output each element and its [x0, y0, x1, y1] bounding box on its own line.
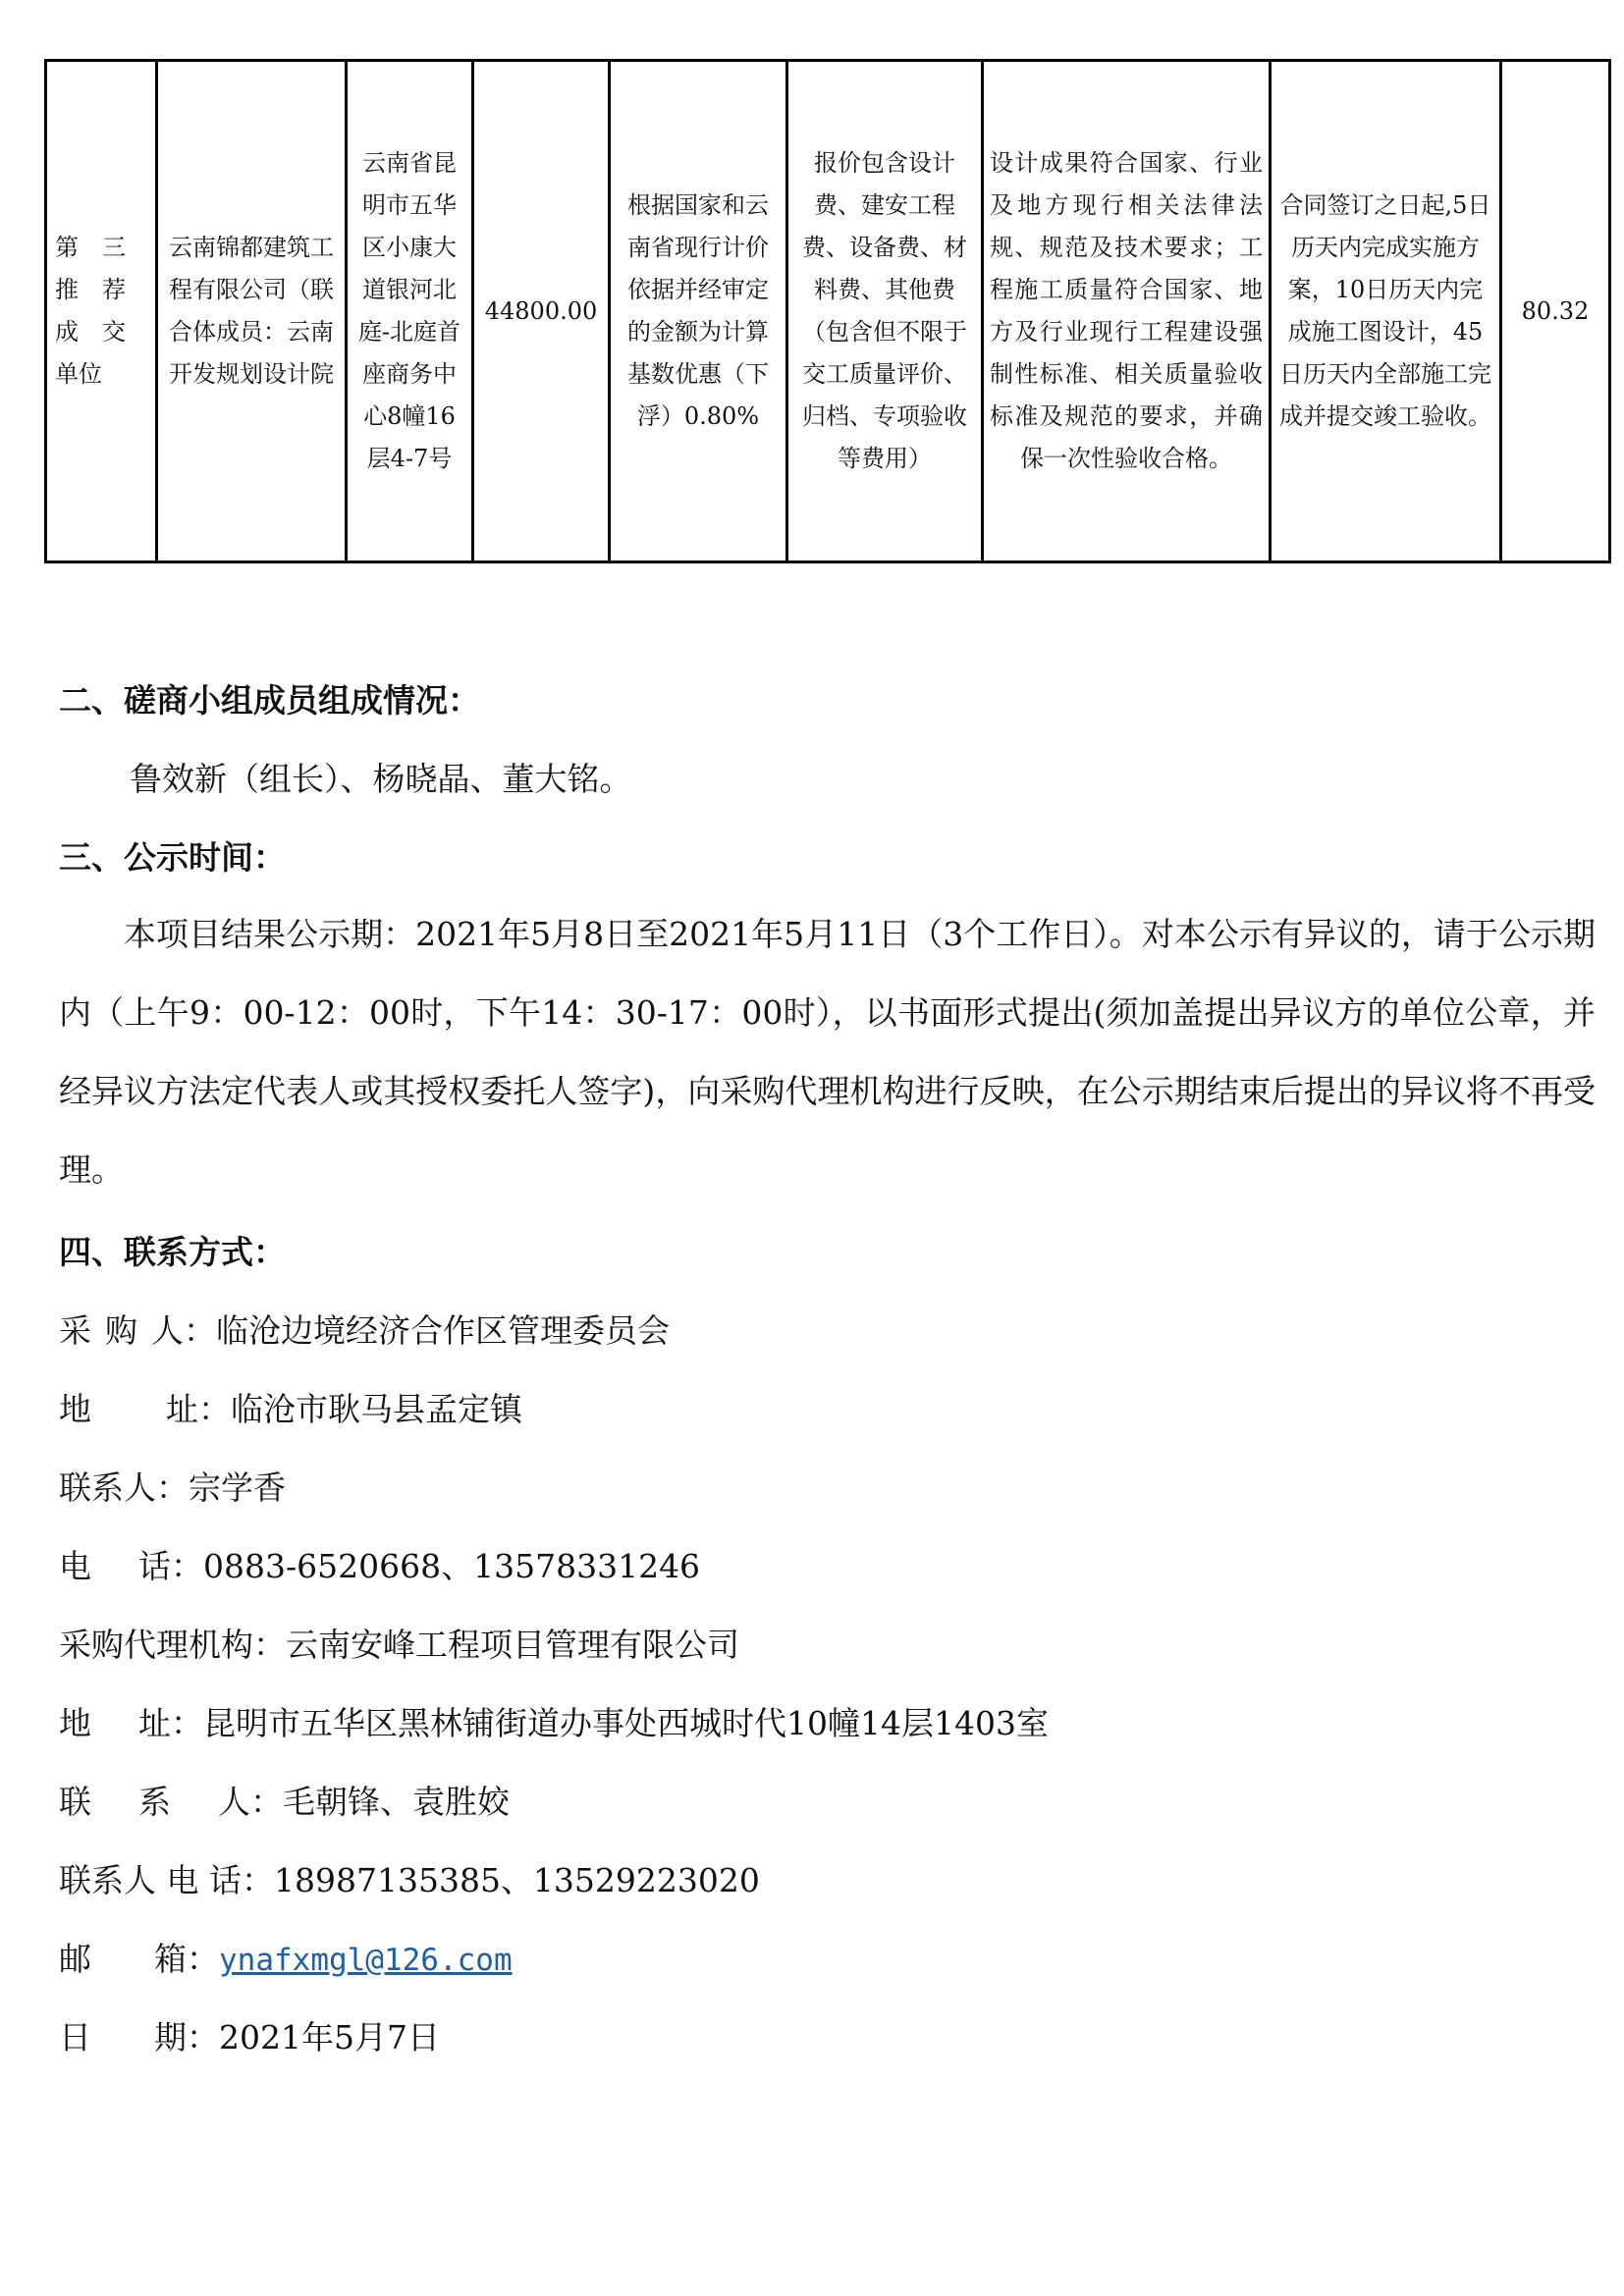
date-row: 日期：2021年5月7日: [59, 2012, 440, 2058]
purchaser-address: 临沧市耿马县孟定镇: [231, 1390, 522, 1428]
purchaser-phone: 0883-6520668、13578331246: [203, 1547, 700, 1585]
panel-members: 鲁效新（组长）、杨晓晶、董大铭。: [130, 754, 632, 800]
company-cell: 云南锦都建筑工程有限公司（联合体成员：云南开发规划设计院: [157, 61, 347, 562]
price-includes-cell: 报价包含设计费、建安工程费、设备费、材料费、其他费（包含但不限于交工质量评价、归…: [787, 61, 983, 562]
recommended-supplier-table: 第 三 推 荐 成 交 单位 云南锦都建筑工程有限公司（联合体成员：云南开发规划…: [44, 59, 1611, 563]
section4-heading: 四、联系方式：: [59, 1227, 286, 1273]
agency-name: 云南安峰工程项目管理有限公司: [286, 1626, 739, 1664]
address-cell: 云南省昆明市五华区小康大道银河北庭-北庭首座商务中心8幢16层4-7号: [347, 61, 473, 562]
schedule-cell: 合同签订之日起,5日历天内完成实施方案，10日历天内完成施工图设计，45日历天内…: [1271, 61, 1501, 562]
rank-label-line: 第 三: [55, 227, 149, 269]
purchaser-contact-name: 宗学香: [189, 1468, 286, 1507]
agency-row: 采购代理机构：云南安峰工程项目管理有限公司: [59, 1620, 739, 1666]
agency-address: 昆明市五华区黑林铺街道办事处西城时代10幢14层1403室: [203, 1704, 1049, 1742]
publicity-period-text: 本项目结果公示期：2021年5月8日至2021年5月11日（3个工作日）。对本公…: [59, 895, 1596, 1209]
score-cell: 80.32: [1501, 61, 1610, 562]
purchaser-contact-row: 联系人：宗学香: [59, 1463, 286, 1509]
rank-label-line: 推 荐: [55, 269, 149, 311]
purchaser-name: 临沧边境经济合作区管理委员会: [216, 1311, 670, 1350]
price-basis-cell: 根据国家和云南省现行计价依据并经审定的金额为计算基数优惠（下浮）0.80%: [610, 61, 787, 562]
agency-phone: 18987135385、13529223020: [274, 1861, 760, 1899]
agency-contact-row: 联系人：毛朝锋、袁胜姣: [59, 1777, 510, 1823]
rank-label-line: 单位: [55, 353, 149, 396]
rank-label-cell: 第 三 推 荐 成 交 单位: [46, 61, 157, 562]
agency-contact-names: 毛朝锋、袁胜姣: [283, 1783, 510, 1821]
email-link[interactable]: ynafxmgl@126.com: [219, 1943, 513, 1978]
rank-label-line: 成 交: [55, 311, 149, 353]
table-row: 第 三 推 荐 成 交 单位 云南锦都建筑工程有限公司（联合体成员：云南开发规划…: [46, 61, 1610, 562]
purchaser-phone-row: 电话：0883-6520668、13578331246: [59, 1541, 700, 1587]
price-cell: 44800.00: [473, 61, 610, 562]
purchaser-address-row: 地址：临沧市耿马县孟定镇: [59, 1384, 522, 1430]
quality-cell: 设计成果符合国家、行业及地方现行相关法律法规、规范及技术要求；工程施工质量符合国…: [983, 61, 1271, 562]
purchaser-row: 采购人：临沧边境经济合作区管理委员会: [59, 1306, 670, 1352]
announcement-date: 2021年5月7日: [219, 2018, 440, 2056]
section2-heading: 二、磋商小组成员组成情况：: [59, 675, 480, 721]
agency-address-row: 地址：昆明市五华区黑林铺街道办事处西城时代10幢14层1403室: [59, 1698, 1049, 1744]
agency-phone-row: 联系人 电 话：18987135385、13529223020: [59, 1855, 760, 1901]
section3-heading: 三、公示时间：: [59, 832, 286, 879]
email-row: 邮箱：ynafxmgl@126.com: [59, 1934, 513, 1980]
